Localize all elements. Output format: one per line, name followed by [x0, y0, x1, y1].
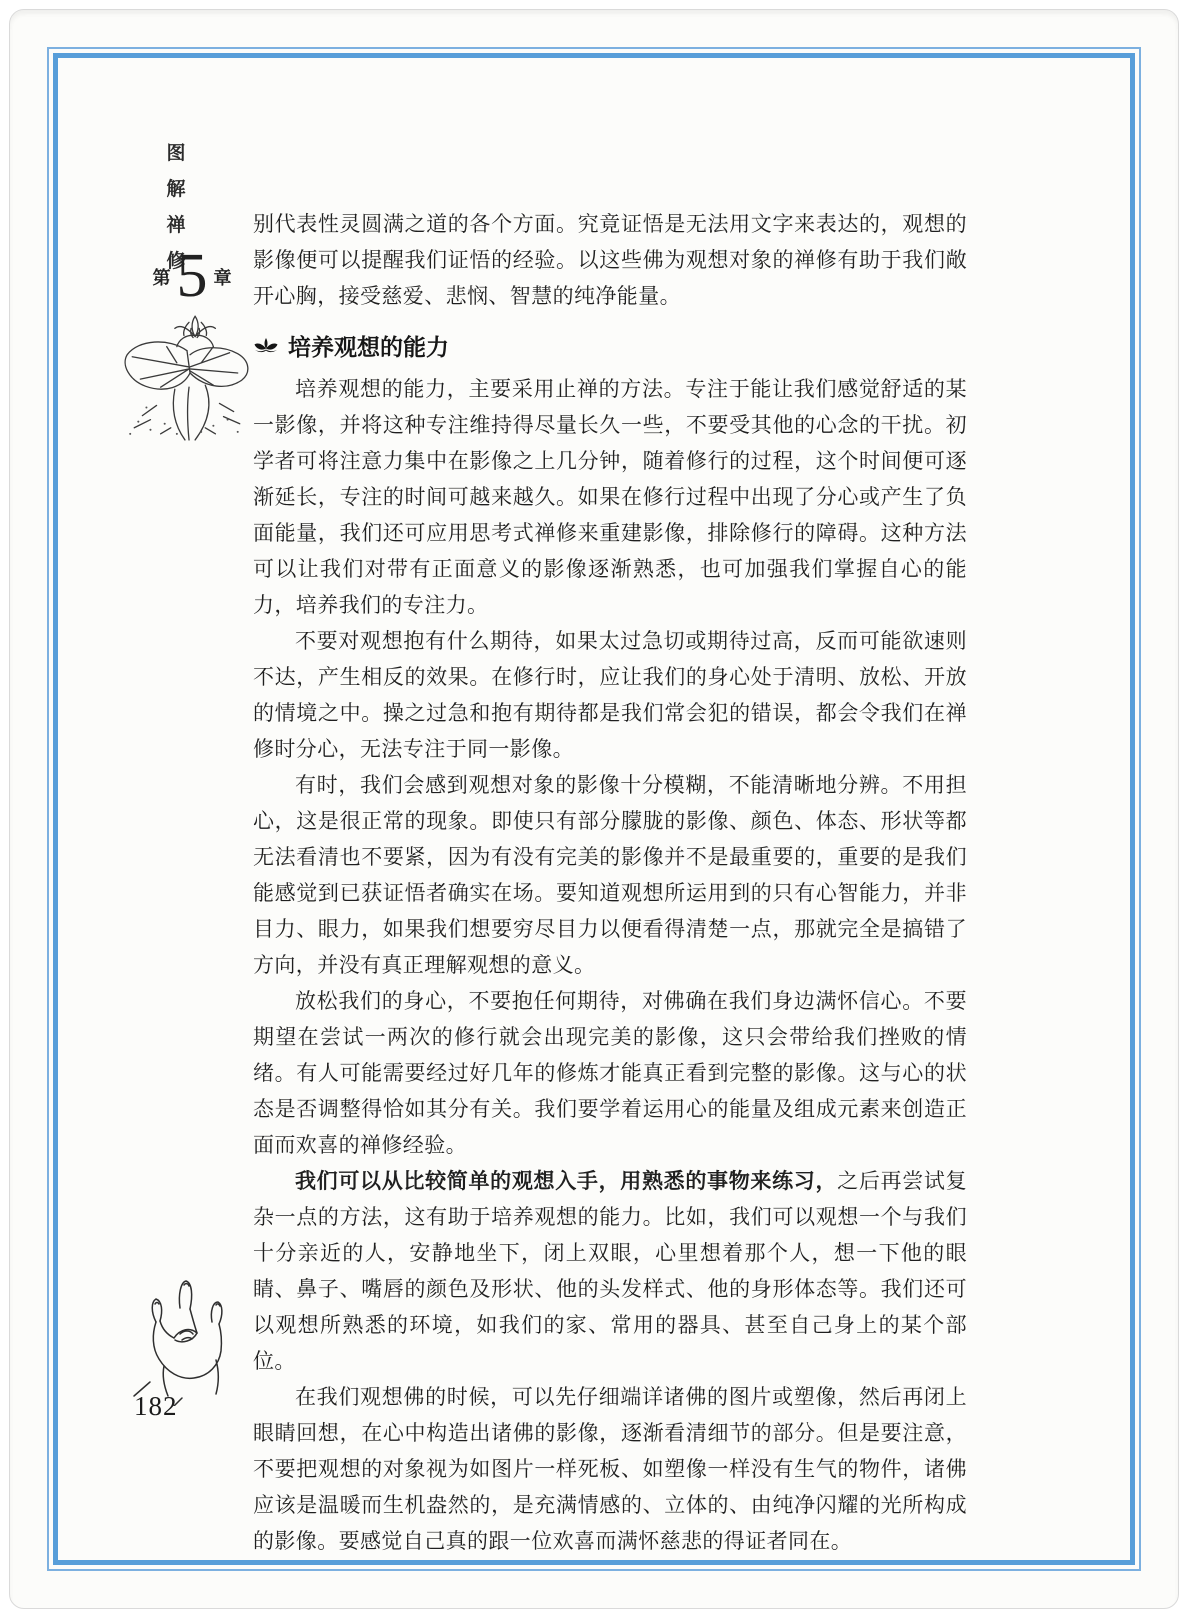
intro-paragraph: 别代表性灵圆满之道的各个方面。究竟证悟是无法用文字来表达的，观想的影像便可以提醒… [253, 206, 967, 314]
paragraph-text: 在我们观想佛的时候，可以先仔细端详诸佛的图片或塑像，然后再闭上眼睛回想，在心中构… [253, 1385, 967, 1553]
book-title-char: 禅 [162, 210, 190, 237]
lotus-illustration [116, 302, 258, 444]
body-paragraph: 培养观想的能力，主要采用止禅的方法。专注于能让我们感觉舒适的某一影像，并将这种专… [253, 371, 967, 623]
main-text-column: 别代表性灵圆满之道的各个方面。究竟证悟是无法用文字来表达的，观想的影像便可以提醒… [253, 206, 967, 1559]
paragraph-text: 有时，我们会感到观想对象的影像十分模糊，不能清晰地分辨。不用担心，这是很正常的现… [253, 773, 967, 977]
page-card: 图 解 禅 修 第 5 章 [9, 9, 1179, 1609]
body-paragraph: 不要对观想抱有什么期待，如果太过急切或期待过高，反而可能欲速则不达，产生相反的效… [253, 623, 967, 767]
chapter-suffix: 章 [214, 264, 232, 290]
hand-mudra-illustration [122, 1256, 254, 1406]
book-title-char: 解 [162, 174, 190, 201]
paragraph-text: 之后再尝试复杂一点的方法，这有助于培养观想的能力。比如，我们可以观想一个与我们十… [253, 1169, 967, 1373]
paragraph-text: 放松我们的身心，不要抱任何期待，对佛确在我们身边满怀信心。不要期望在尝试一两次的… [253, 989, 967, 1157]
body-paragraph: 我们可以从比较简单的观想入手，用熟悉的事物来练习，之后再尝试复杂一点的方法，这有… [253, 1163, 967, 1379]
body-paragraph: 有时，我们会感到观想对象的影像十分模糊，不能清晰地分辨。不用担心，这是很正常的现… [253, 767, 967, 983]
paragraph-bold-lead: 我们可以从比较简单的观想入手，用熟悉的事物来练习， [295, 1169, 837, 1193]
section-heading: 培养观想的能力 [253, 329, 967, 362]
chapter-label: 第 5 章 [122, 246, 262, 308]
lotus-icon [253, 337, 279, 354]
paragraph-text: 培养观想的能力，主要采用止禅的方法。专注于能让我们感觉舒适的某一影像，并将这种专… [253, 377, 967, 617]
scanned-book-page: 图 解 禅 修 第 5 章 [0, 0, 1188, 1618]
paragraph-text: 不要对观想抱有什么期待，如果太过急切或期待过高，反而可能欲速则不达，产生相反的效… [253, 629, 967, 761]
section-heading-text: 培养观想的能力 [288, 329, 449, 362]
page-number: 182 [134, 1391, 178, 1422]
chapter-number: 5 [177, 249, 208, 305]
body-paragraph: 在我们观想佛的时候，可以先仔细端详诸佛的图片或塑像，然后再闭上眼睛回想，在心中构… [253, 1379, 967, 1559]
body-paragraph: 放松我们的身心，不要抱任何期待，对佛确在我们身边满怀信心。不要期望在尝试一两次的… [253, 983, 967, 1163]
chapter-prefix: 第 [153, 264, 171, 290]
book-title-char: 图 [162, 138, 190, 165]
